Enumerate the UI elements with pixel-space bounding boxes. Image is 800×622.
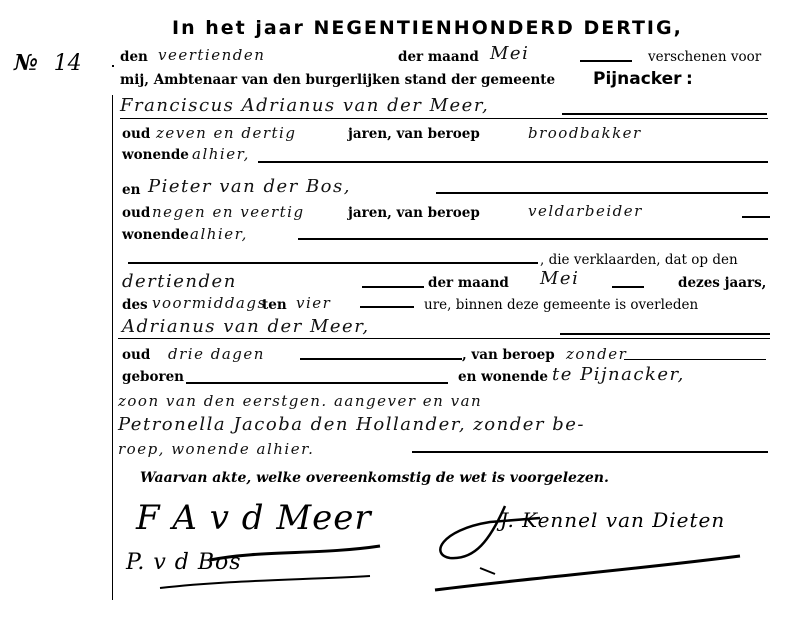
- label-den: den: [120, 49, 148, 65]
- underline: [118, 338, 770, 339]
- hw-deceased-age: drie dagen: [168, 345, 265, 363]
- hw-witness1-residence: alhier,: [192, 145, 250, 163]
- hw-parents-line2: Petronella Jacoba den Hollander, zonder …: [118, 414, 585, 435]
- fill-line: [128, 262, 538, 264]
- number-value: 14: [54, 51, 82, 76]
- hw-parents-line1: zoon van den eerstgen. aangever en van: [118, 392, 482, 410]
- hw-day-part: voormiddags: [152, 294, 267, 312]
- fill-line: [742, 216, 770, 218]
- label-en-wonende: en wonende: [458, 369, 548, 385]
- signature-witness1: F A v d Meer: [136, 498, 372, 538]
- label-wonende: wonende: [122, 227, 189, 243]
- hw-deceased-occupation: zonder: [566, 345, 627, 363]
- fill-line: [412, 451, 768, 453]
- page-title: In het jaar NEGENTIENHONDERD DERTIG,: [172, 17, 683, 39]
- margin-mark: [112, 65, 114, 67]
- colon: :: [686, 69, 693, 89]
- fill-line: [360, 306, 414, 308]
- label-oud: oud: [122, 205, 150, 221]
- hw-witness2-age: negen en veertig: [152, 203, 305, 221]
- label-des: des: [122, 297, 148, 313]
- fill-line: [362, 286, 424, 288]
- fill-line: [562, 113, 767, 115]
- hw-witness1-name: Franciscus Adrianus van der Meer,: [120, 95, 489, 116]
- underline: [120, 118, 768, 119]
- label-wonende: wonende: [122, 147, 189, 163]
- label-der-maand: der maand: [428, 275, 509, 291]
- fill-line: [624, 359, 766, 360]
- hw-death-hour: vier: [296, 294, 331, 312]
- closing-statement: Waarvan akte, welke overeenkomstig de we…: [140, 470, 609, 486]
- registrar-flourish: [430, 500, 750, 600]
- hw-witness2-occupation: veldarbeider: [528, 202, 643, 220]
- fill-line: [186, 382, 448, 384]
- label-dezes-jaars: dezes jaars,: [678, 275, 766, 291]
- label-verklaarden: , die verklaarden, dat op den: [540, 252, 738, 268]
- akte-number: № 14: [14, 50, 82, 76]
- label-verschenen: verschenen voor: [648, 49, 761, 65]
- hw-witness1-occupation: broodbakker: [528, 124, 642, 142]
- fill-line: [560, 333, 770, 335]
- label-overleden: ure, binnen deze gemeente is overleden: [424, 297, 698, 313]
- label-ten: ten: [262, 297, 287, 313]
- hw-parents-line3: roep, wonende alhier.: [118, 440, 314, 458]
- label-jaren-beroep: jaren, van beroep: [348, 205, 480, 221]
- hw-death-month: Mei: [540, 268, 579, 289]
- margin-border: [112, 95, 113, 600]
- fill-line: [436, 192, 768, 194]
- label-en: en: [122, 182, 140, 198]
- label-geboren: geboren: [122, 369, 184, 385]
- label-jaren-beroep: jaren, van beroep: [348, 126, 480, 142]
- label-ambtenaar: mij, Ambtenaar van den burgerlijken stan…: [120, 72, 555, 88]
- hw-deceased-name: Adrianus van der Meer,: [122, 316, 370, 337]
- municipality-name: Pijnacker: [593, 69, 682, 89]
- hw-register-month: Mei: [490, 43, 529, 64]
- label-oud: oud: [122, 126, 150, 142]
- hw-death-day: dertienden: [122, 271, 237, 292]
- fill-line: [298, 238, 768, 240]
- fill-line: [612, 286, 644, 288]
- signature-flourish: [150, 540, 400, 590]
- fill-line: [300, 358, 462, 360]
- hw-witness2-name: Pieter van der Bos,: [148, 176, 351, 197]
- hw-deceased-residence: te Pijnacker,: [552, 364, 685, 385]
- hw-register-day: veertienden: [158, 46, 265, 64]
- label-der-maand: der maand: [398, 49, 479, 65]
- fill-line: [258, 161, 768, 163]
- number-sign: №: [14, 50, 38, 76]
- fill-line: [580, 60, 632, 62]
- hw-witness1-age: zeven en dertig: [156, 124, 296, 142]
- hw-witness2-residence: alhier,: [190, 225, 248, 243]
- label-oud: oud: [122, 347, 150, 363]
- label-van-beroep: , van beroep: [462, 347, 555, 363]
